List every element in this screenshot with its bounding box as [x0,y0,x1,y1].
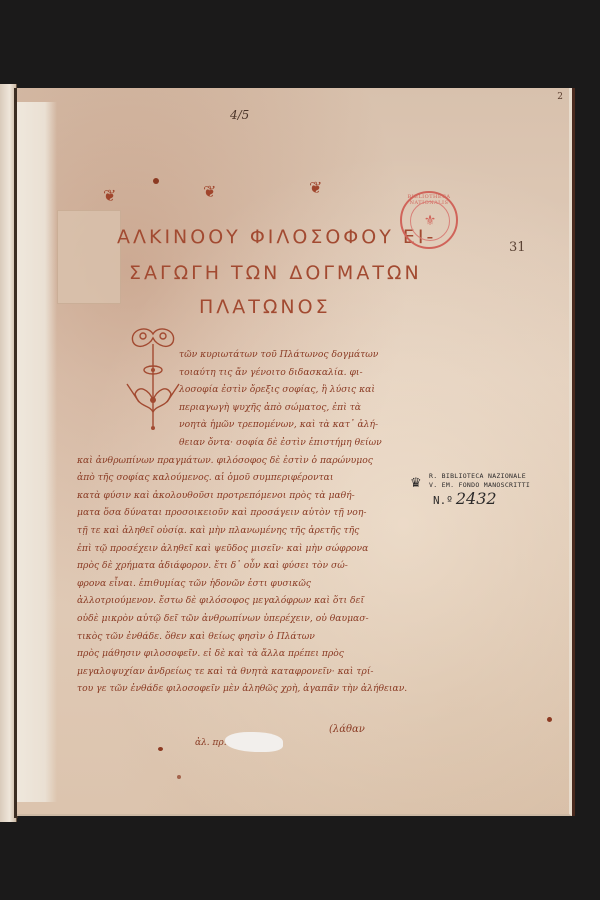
manuscript-number: N.º2432 [433,489,497,508]
text-line: καὶ ἀνθρωπίνων πραγμάτων. φιλόσοφος δὲ ἐ… [77,452,407,470]
headpiece-ornament-icon: ❦ [309,180,322,196]
ink-spot [177,775,181,779]
text-line: θειαν ὄντα· σοφία δὲ ἐστὶν ἐπιστήμη θείω… [77,434,407,452]
text-line: ἐπὶ τῷ προσέχειν ἀληθεῖ καὶ ψεῦδος μισεῖ… [77,540,407,558]
text-line: οὐδὲ μικρὸν αὐτῷ δεῖ τῶν ἀνθρωπίνων ὑπερ… [77,610,407,628]
title-line-1: ΑΛΚΙΝΟΟΥ ΦΙΛΟΣΟΦΟΥ ΕΙ- [117,226,436,248]
crest-icon: ⚜ [410,201,450,241]
text-line: νοητὰ ἡμῶν τρεπομένων, καὶ τὰ κατ᾽ ἀλή- [77,416,407,434]
ink-spot [158,747,163,751]
text-line: τῶν κυριωτάτων τοῦ Πλάτωνος δογμάτων [77,346,407,364]
catchword-right: (λάθαν [329,724,365,735]
ink-spot [547,717,552,722]
text-line: φρονα εἶναι. ἐπιθυμίας τῶν ἡδονῶν ἐστι φ… [77,575,407,593]
headpiece-ornament-icon: ❦ [203,184,216,200]
text-line: ματα ὅσα δύναται προσοικειοῦν καὶ προσάγ… [77,504,407,522]
folio-mark: 4/5 [230,108,249,122]
text-line: κατὰ φύσιν καὶ ἀκολουθοῦσι προτρεπόμενοι… [77,487,407,505]
library-stamp-red: BIBLIOTHECA NATIONALIS ⚜ [400,191,458,249]
corner-number: 2 [557,92,563,102]
text-line: πρὸς δὲ χρήματα ἀδιάφορον. ἔτι δ᾽ οὖν κα… [77,557,407,575]
text-line: τικὸς τῶν ἐνθάδε. ὅθεν καὶ θείως φησὶν ὁ… [77,628,407,646]
text-line: τῇ τε καὶ ἀληθεῖ οὐσίᾳ. καὶ μὴν πλανωμέν… [77,522,407,540]
text-line: ἀπὸ τῆς σοφίας καλούμενος. αἱ ὁμοῦ συμπε… [77,469,407,487]
text-line: ἀλλοτριούμενον. ἔστω δὲ φιλόσοφος μεγαλό… [77,592,407,610]
text-line: του γε τῶν ἐνθάδε φιλοσοφεῖν μὲν ἀληθῶς … [77,680,407,698]
royal-crest-icon: ♛ [411,472,421,491]
title-line-2: ΣΑΓΩΓΗ ΤΩΝ ΔΟΓΜΑΤΩΝ [129,262,422,284]
title-line-3: ΠΛΑΤΩΝΟΣ [199,296,331,318]
text-line: πρὸς μάθησιν φιλοσοφεῖν. εἰ δὲ καὶ τὰ ἄλ… [77,645,407,663]
text-line: μεγαλοψυχίαν ἀνδρείως τε καὶ τὰ θνητὰ κα… [77,663,407,681]
paper-loss-hole [225,732,283,752]
paper-repair-patch [57,210,121,304]
manuscript-page: 4/5 2 ❦ ❦ ❦ ΑΛΚΙΝΟΟΥ ΦΙΛΟΣΟΦΟΥ ΕΙ- ΣΑΓΩΓ… [17,88,572,816]
manuscript-body-text: τῶν κυριωτάτων τοῦ Πλάτωνος δογμάτων τοι… [77,346,407,698]
shelf-number: 31 [509,240,526,255]
text-line: λοσοφία ἐστὶν ὄρεξις σοφίας, ἢ λύσις καὶ [77,381,407,399]
water-damage-strip [17,102,57,802]
text-line: περιαγωγὴ ψυχῆς ἀπὸ σώματος, ἐπὶ τὰ [77,399,407,417]
ink-spot [153,178,159,184]
catchword-left: ἀλ. πρ. [195,738,227,748]
text-line: τοιαύτη τις ἄν γένοιτο διδασκαλία. φι- [77,364,407,382]
headpiece-ornament-icon: ❦ [103,188,116,204]
